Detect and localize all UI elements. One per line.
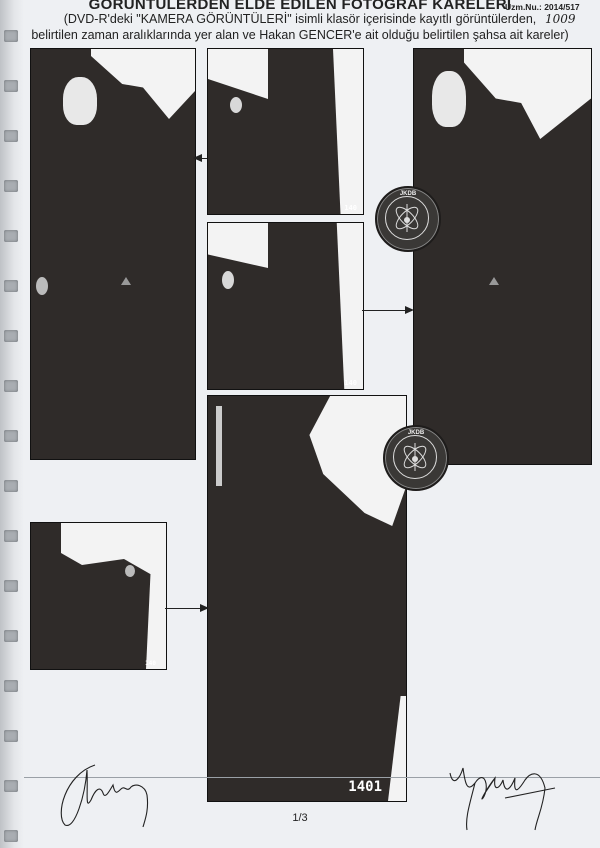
arrow-left-icon xyxy=(195,158,207,159)
arrow-right-icon xyxy=(362,310,412,311)
photo-frame-closeup-right xyxy=(413,48,592,465)
subtitle-line-1: (DVD-R'deki "KAMERA GÖRÜNTÜLERİ" isimli … xyxy=(0,12,600,26)
timestamp: 140 xyxy=(344,204,357,212)
reference-number: Uzm.Nu.: 2014/517 xyxy=(505,2,580,12)
timestamp: 1401 xyxy=(348,779,382,795)
official-seal-stamp: JKDB xyxy=(375,186,441,252)
subtitle-line-2: belirtilen zaman aralıklarında yer alan … xyxy=(0,28,600,42)
photo-frame-large-center: 1401 xyxy=(207,395,407,802)
timestamp: 140 xyxy=(145,660,156,667)
official-seal-stamp: JKDB xyxy=(383,425,449,491)
arrow-right-icon xyxy=(165,608,207,609)
page-number: 1/3 xyxy=(0,812,600,824)
photo-frame-corridor-1: 140 xyxy=(207,48,364,215)
photo-frame-closeup-left xyxy=(30,48,196,460)
timestamp: 140 xyxy=(344,379,357,387)
photo-frame-corridor-2: 140 xyxy=(207,222,364,390)
photo-frame-stairway: 140 xyxy=(30,522,167,670)
spiral-binding xyxy=(0,0,24,848)
